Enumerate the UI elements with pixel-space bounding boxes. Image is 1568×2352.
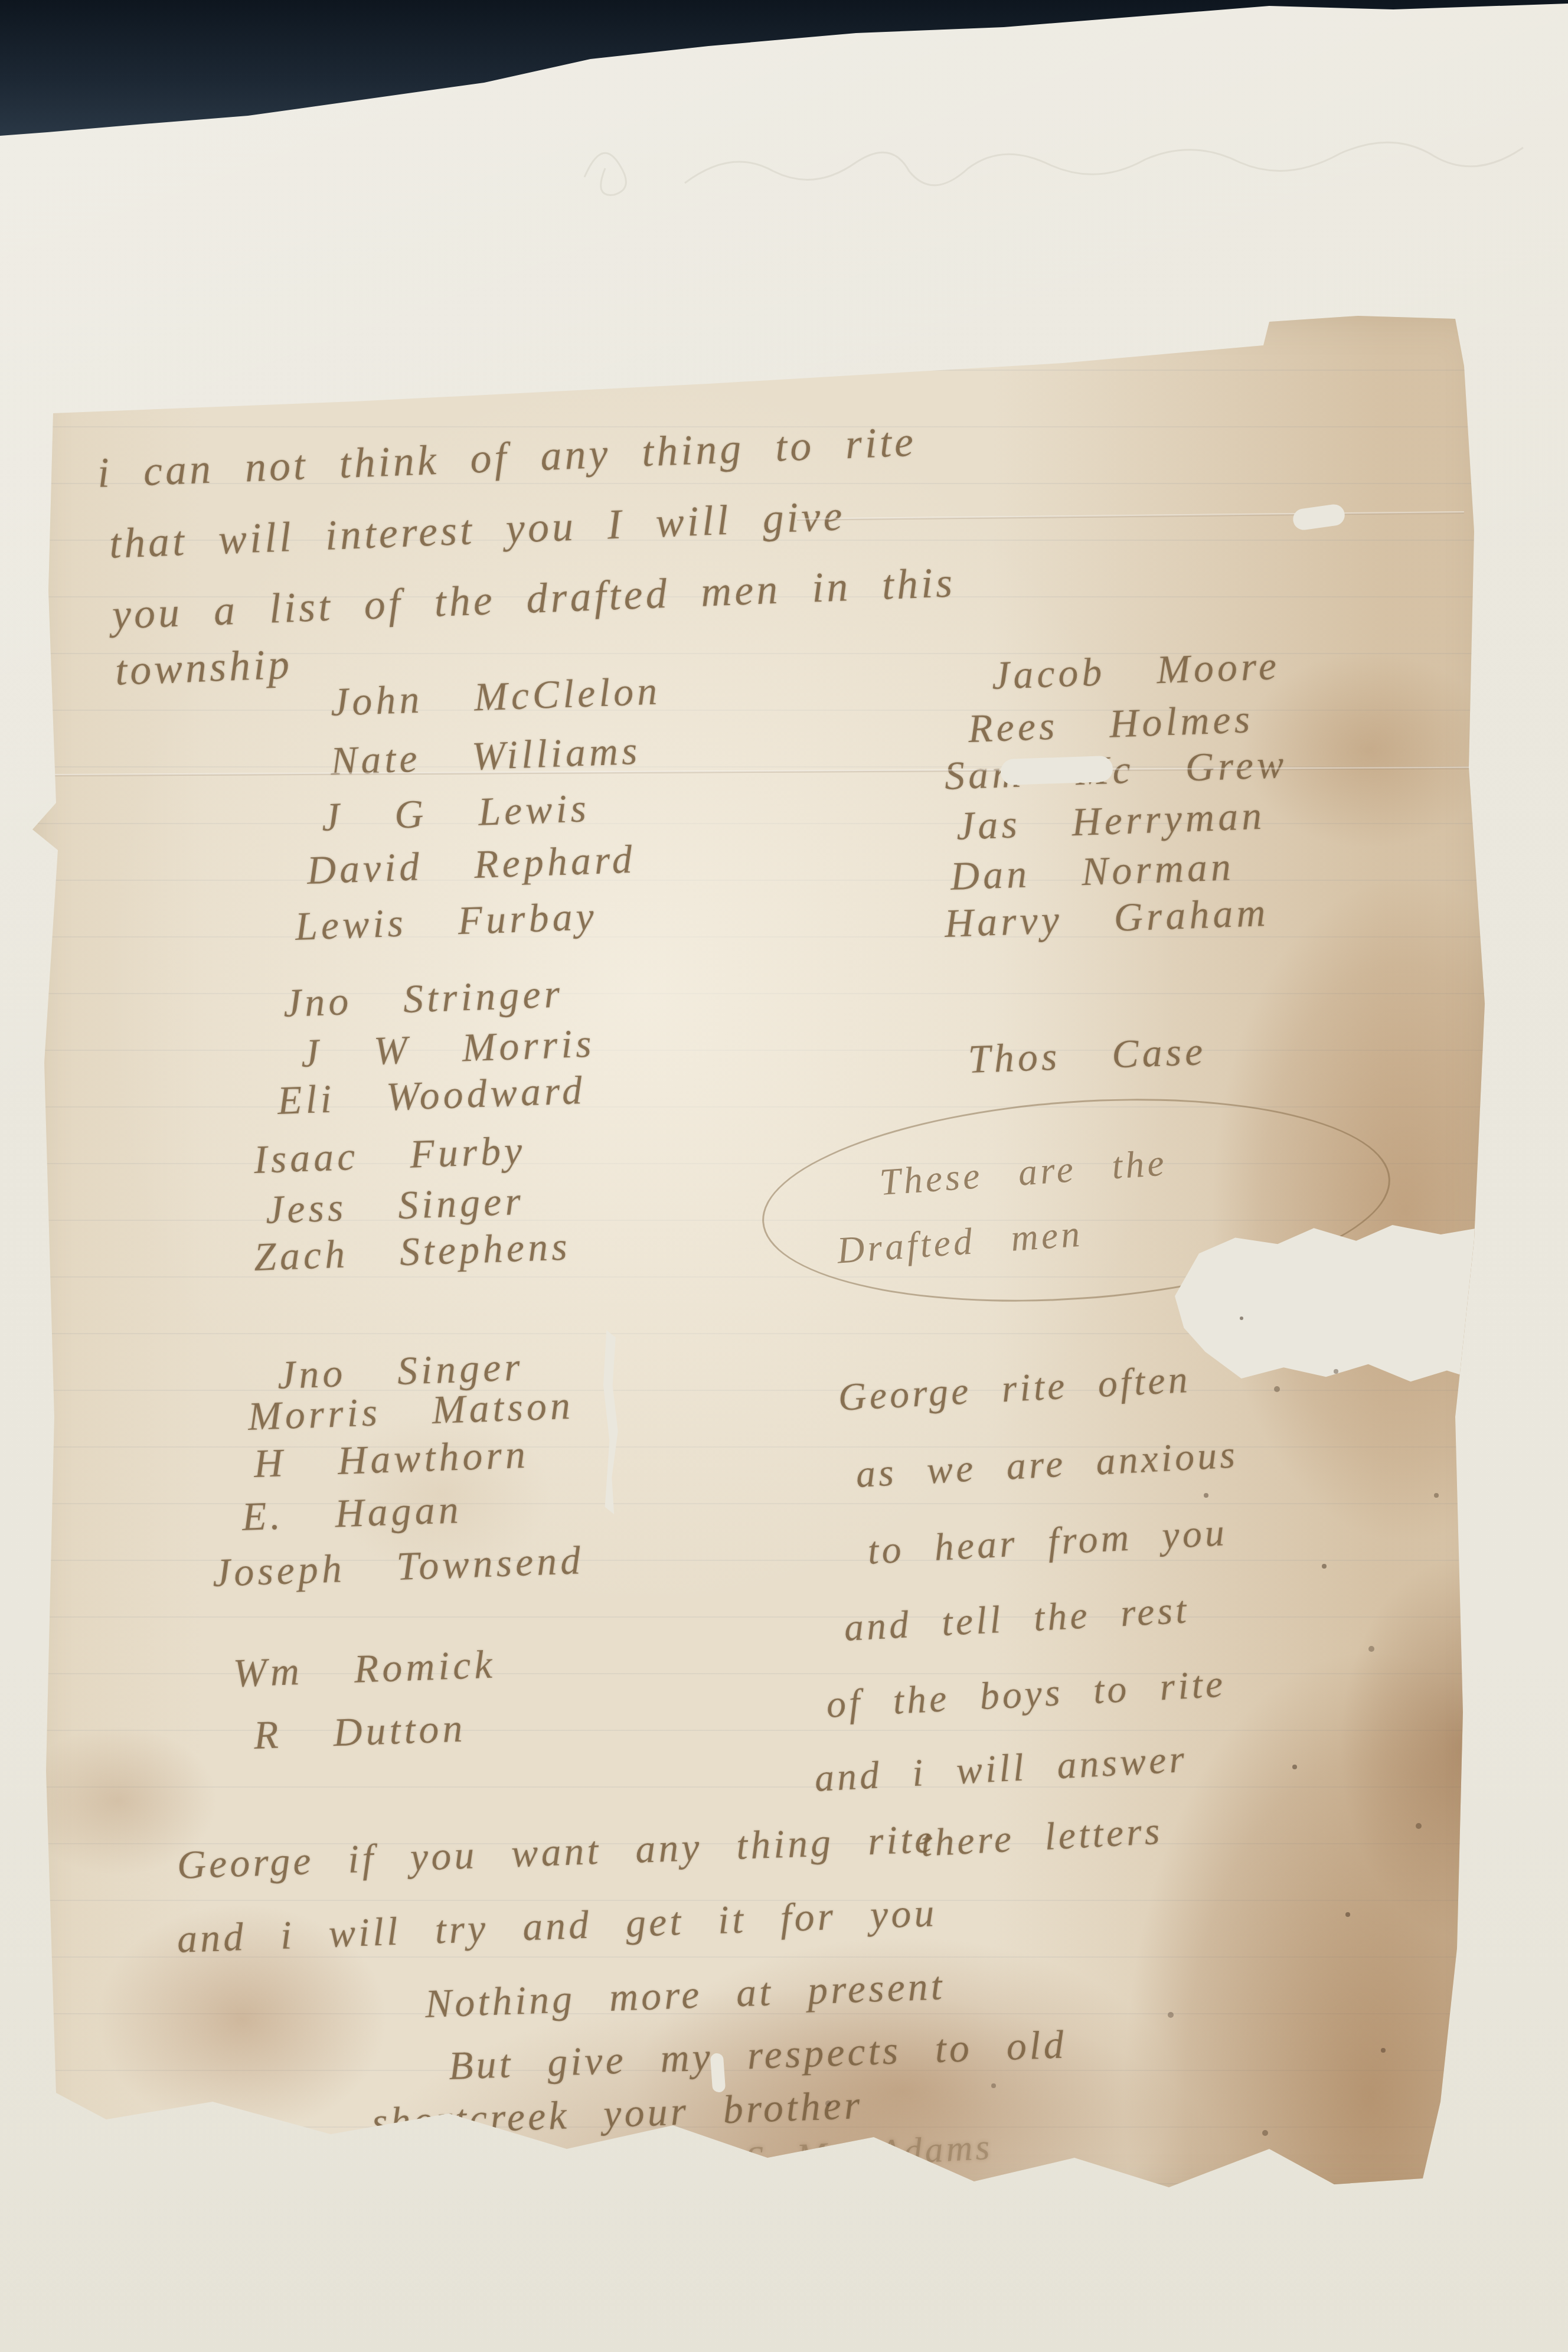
fold-crease [797,511,1464,521]
drafted-name: Jacob Moore [991,642,1281,699]
letter-line: to hear from you [867,1510,1229,1574]
annotation-line: These are the [878,1141,1168,1204]
letter-line: township [114,640,293,695]
drafted-name: Jas Herryman [956,792,1266,850]
drafted-name: Lewis Furbay [295,893,598,950]
torn-hole [1292,503,1346,531]
drafted-name: R Dutton [253,1704,467,1758]
letter-line: and tell the rest [843,1587,1190,1651]
letter-paper: i can not think of any thing to rite tha… [30,313,1488,2196]
drafted-name: H Hawthorn [253,1431,530,1487]
foxing-speckles [1240,1317,1243,1320]
drafted-name: Thos Case [968,1028,1207,1083]
letter-line: George if you want any thing rite [177,1815,936,1889]
letter-photograph: i can not think of any thing to rite tha… [0,0,1568,2352]
letter-line: Nothing more at present [424,1962,946,2027]
letter-line: you a list of the drafted men in this [111,558,956,639]
letter-line: i can not think of any thing to rite [96,417,917,498]
letter-line: George rite often [837,1357,1191,1420]
drafted-name: Isaac Furby [253,1127,527,1183]
drafted-name: Wm Romick [233,1641,496,1697]
drafted-name: David Rephard [306,836,636,894]
letter-line: there letters [920,1809,1164,1866]
letter-line: and i will try and get it for you [177,1889,938,1962]
letter-line: of the boys to rite [825,1662,1227,1727]
drafted-name: Eli Woodward [277,1067,586,1124]
letter-line: and i will answer [814,1737,1188,1801]
drafted-name: Jess Singer [265,1178,525,1233]
letter-line: that will interest you I will give [108,491,846,569]
drafted-name: John McClelon [330,668,662,726]
torn-hole [1175,1225,1477,1383]
torn-hole [1000,756,1113,786]
drafted-name: Nate Williams [330,727,642,785]
faint-pencil-inscription [579,112,1535,207]
drafted-name: J G Lewis [321,785,590,841]
torn-hole [603,1330,619,1514]
annotation-line: Drafted men [835,1211,1084,1272]
drafted-name: Joseph Townsend [212,1537,585,1596]
letter-line: as we are anxious [855,1432,1239,1497]
torn-hole [710,2053,726,2092]
letter-line: But give my respects to old [448,2021,1067,2089]
drafted-name: Jno Stringer [283,970,564,1026]
drafted-name: E. Hagan [241,1486,463,1540]
